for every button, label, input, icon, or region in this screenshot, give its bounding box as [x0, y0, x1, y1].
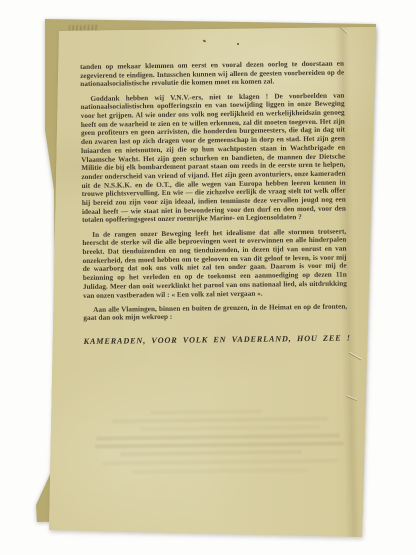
paragraph: Aan alle Vlamingen, binnen en buiten de … [83, 302, 347, 323]
paragraph: Goddank hebben wij V.N.V.-ers, niet te k… [80, 91, 346, 225]
dust-speck [237, 43, 239, 45]
slogan: KAMERADEN, VOOR VOLK EN VADERLAND, HOU Z… [84, 335, 348, 347]
dust-speck [203, 39, 206, 42]
photo-backdrop: tanden op mekaar klemmen om eerst en voo… [0, 0, 416, 555]
main-page-shadow: tanden op mekaar klemmen om eerst en voo… [0, 0, 416, 555]
pamphlet-page: tanden op mekaar klemmen om eerst en voo… [0, 0, 416, 555]
printed-text: tanden op mekaar klemmen om eerst en voo… [80, 60, 348, 347]
paragraph: In de rangen onzer Beweging leeft het id… [82, 227, 347, 300]
paragraph-continuation: tanden op mekaar klemmen om eerst en voo… [80, 60, 344, 90]
